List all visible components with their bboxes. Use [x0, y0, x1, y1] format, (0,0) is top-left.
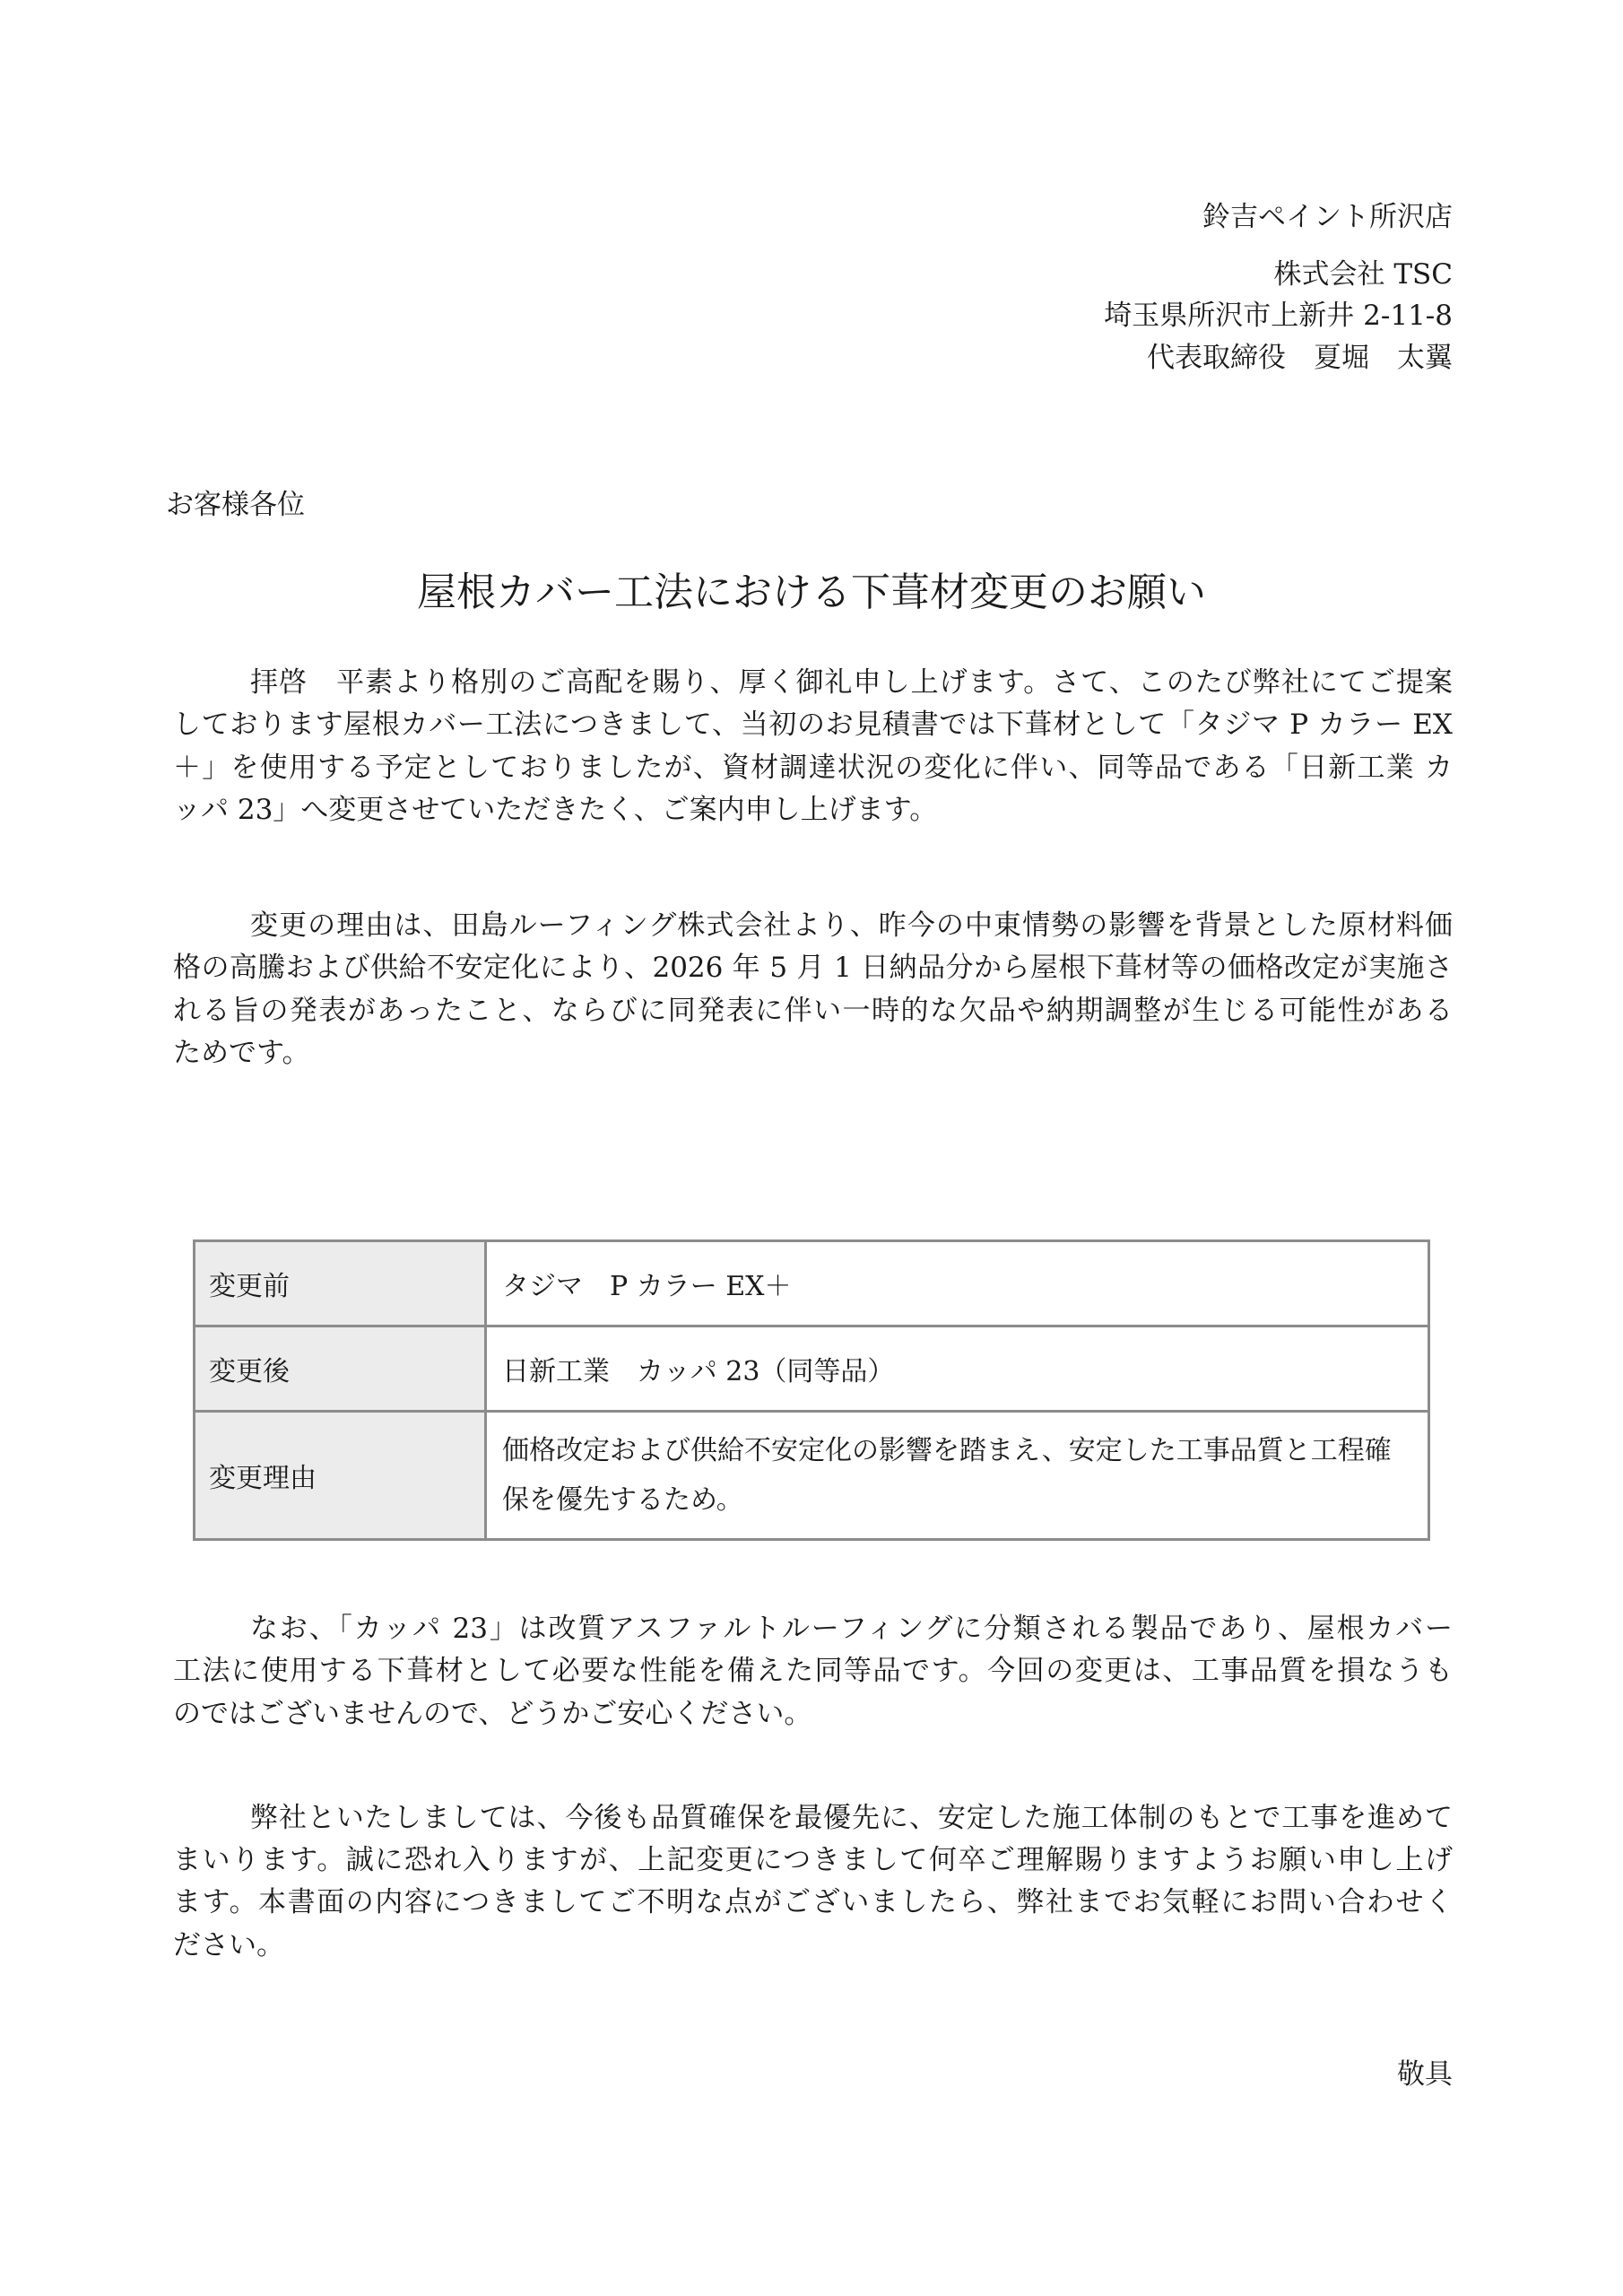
body-line: 変更の理由は、田島ルーフィング株式会社より、昨今の中東情勢の影響を背景とした原材…: [173, 904, 1453, 947]
table-label-after: 変更後: [195, 1327, 487, 1413]
body-line: 工法に使用する下葺材として必要な性能を備えた同等品です。今回の変更は、工事品質を…: [173, 1649, 1453, 1692]
closing-keigu: 敬具: [1397, 2053, 1453, 2096]
body-line: ＋」を使用する予定としておりましたが、資材調達状況の変化に伴い、同等品である「日…: [173, 746, 1453, 789]
document-title: 屋根カバー工法における下葺材変更のお願い: [0, 566, 1623, 620]
body-line: 弊社といたしましては、今後も品質確保を最優先に、安定した施工体制のもとで工事を進…: [173, 1796, 1453, 1839]
change-table: 変更前 タジマ P カラー EX＋ 変更後 日新工業 カッパ 23（同等品） 変…: [193, 1239, 1430, 1541]
body-line: ッパ 23」へ変更させていただきたく、ご案内申し上げます。: [173, 788, 1453, 831]
sender-store-name: 鈴吉ペイント所沢店: [1202, 196, 1453, 239]
body-line: のではございませんので、どうかご安心ください。: [173, 1692, 1453, 1735]
body-line: 格の高騰および供給不安定化により、2026 年 5 月 1 日納品分から屋根下葺…: [173, 946, 1453, 989]
sender-representative: 代表取締役 夏堀 太翼: [1147, 336, 1453, 379]
body-line: ださい。: [173, 1924, 1453, 1967]
recipient-salutation: お客様各位: [166, 483, 305, 526]
table-value-before: タジマ P カラー EX＋: [487, 1242, 1428, 1327]
table-value-after: 日新工業 カッパ 23（同等品）: [487, 1327, 1428, 1413]
table-value-reason: 価格改定および供給不安定化の影響を踏まえ、安定した工事品質と工程確保を優先するた…: [487, 1413, 1428, 1538]
body-line: しております屋根カバー工法につきまして、当初のお見積書では下葺材として「タジマ …: [173, 703, 1453, 746]
body-line: まいります。誠に恐れ入りますが、上記変更につきまして何卒ご理解賜りますようお願い…: [173, 1839, 1453, 1882]
table-label-before: 変更前: [195, 1242, 487, 1327]
sender-address: 埼玉県所沢市上新井 2-11-8: [1104, 294, 1453, 337]
body-line: ためです。: [173, 1031, 1453, 1074]
body-line: 拝啓 平素より格別のご高配を賜り、厚く御礼申し上げます。さて、このたび弊社にてご…: [173, 661, 1453, 704]
table-value-reason-text: 価格改定および供給不安定化の影響を踏まえ、安定した工事品質と工程確保を優先するた…: [502, 1426, 1410, 1525]
body-line: ます。本書面の内容につきましてご不明な点がございましたら、弊社までお気軽にお問い…: [173, 1881, 1453, 1924]
body-line: なお、「カッパ 23」は改質アスファルトルーフィングに分類される製品であり、屋根…: [173, 1607, 1453, 1650]
table-label-reason: 変更理由: [195, 1413, 487, 1538]
body-line: れる旨の発表があったこと、ならびに同発表に伴い一時的な欠品や納期調整が生じる可能…: [173, 989, 1453, 1032]
sender-company-name: 株式会社 TSC: [1274, 253, 1454, 296]
